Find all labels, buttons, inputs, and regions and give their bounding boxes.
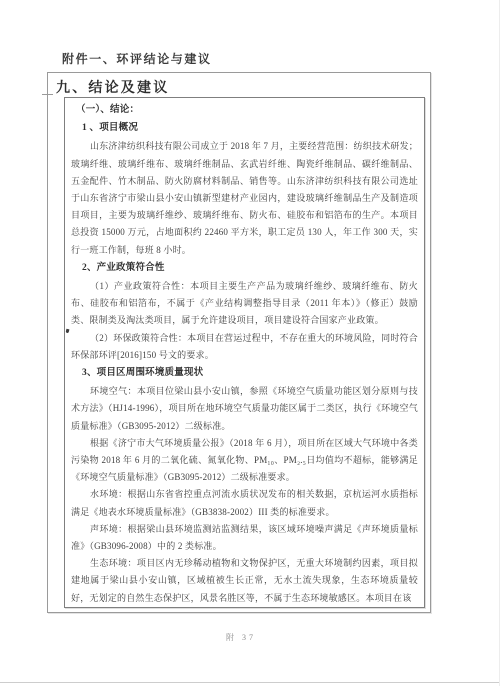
- paragraph-acoustic-environment: 声环境：根据梁山县环境监测站监测结果，该区域环境噪声满足《声环境质量标准》（GB…: [71, 521, 418, 555]
- attachment-title: 附件一、环评结论与建议: [62, 50, 212, 67]
- paragraph-ambient-air: 环境空气：本项目位梁山县小安山镇，参照《环境空气质量功能区划分原则与技术方法》（…: [71, 383, 418, 435]
- paragraph-industrial-policy: （1）产业政策符合性：本项目主要生产产品为玻璃纤维纱、玻璃纤维布、防火布、硅胶布…: [71, 278, 418, 330]
- paragraph-air-quality-report: 根据《济宁市大气环境质量公报》（2018 年 6 月），项目所在区域大气环境中各…: [71, 435, 418, 487]
- paragraph-project-overview: 山东济津纺织科技有限公司成立于 2018 年 7 月，主要经营范围：纺织技术研发…: [71, 138, 418, 258]
- subheading-project-overview: 1 、项目概况: [71, 120, 418, 137]
- page-bottom-edge: [0, 682, 500, 683]
- subheading-environment-status: 3、项目区周围环境质量现状: [71, 365, 418, 382]
- paragraph-ecological-environment: 生态环境：项目区内无珍稀动植物和文物保护区，无重大环境制约因素，项目拟建地属于梁…: [71, 555, 418, 607]
- conclusion-text-body: （一）、结论： 1 、项目概况 山东济津纺织科技有限公司成立于 2018 年 7…: [65, 98, 424, 607]
- subheading-industrial-policy: 2、产业政策符合性: [71, 260, 418, 277]
- paragraph-environmental-policy: （2）环保政策符合性：本项目在营运过程中，不存在重大的环境风险，同时符合环保部环…: [71, 330, 418, 364]
- subheading-conclusion: （一）、结论：: [71, 102, 418, 119]
- scanned-document-page: 附件一、环评结论与建议 九、结论及建议 （一）、结论： 1 、项目概况 山东济津…: [0, 0, 500, 686]
- page-number: 附 37: [226, 632, 256, 643]
- conclusion-inner-frame: （一）、结论： 1 、项目概况 山东济津纺织科技有限公司成立于 2018 年 7…: [64, 97, 425, 608]
- paragraph-water-environment: 水环境：根据山东省省控重点河流水质状况发布的相关数据，京杭运河水质指标满足《地表…: [71, 486, 418, 520]
